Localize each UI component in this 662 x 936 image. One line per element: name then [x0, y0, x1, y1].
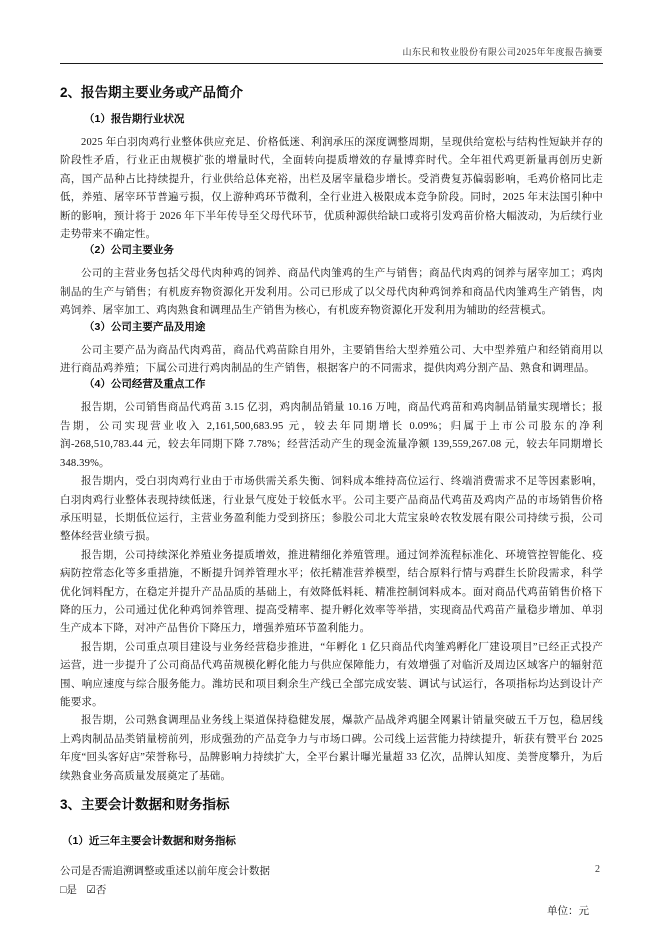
section-2-4-heading: （4）公司经营及重点工作 — [60, 378, 603, 391]
operations-breeding-paragraph: 报告期，公司持续深化养殖业务提质增效，推进精细化养殖管理。通过饲养流程标准化、环… — [60, 547, 603, 639]
section-2-1-heading: （1）报告期行业状况 — [60, 113, 603, 126]
main-business-paragraph: 公司的主营业务包括父母代肉种鸡的饲养、商品代肉雏鸡的生产与销售；商品代肉鸡的饲养… — [60, 265, 603, 320]
section-2-3-heading: （3）公司主要产品及用途 — [60, 321, 603, 334]
section-2-2-heading: （2）公司主要业务 — [60, 244, 603, 257]
section-3-heading: 3、主要会计数据和财务指标 — [60, 796, 603, 813]
page-header: 山东民和牧业股份有限公司2025年年度报告摘要 — [60, 0, 603, 64]
header-title: 山东民和牧业股份有限公司2025年年度报告摘要 — [402, 47, 603, 57]
section-3-1-heading: （1）近三年主要会计数据和财务指标 — [60, 835, 603, 848]
operations-projects-paragraph: 报告期，公司重点项目建设与业务经营稳步推进，“年孵化 1 亿只商品代肉雏鸡孵化厂… — [60, 639, 603, 713]
checkbox-no-option: ☑否 — [86, 885, 106, 896]
products-usage-paragraph: 公司主要产品为商品代肉鸡苗，商品代鸡苗除自用外，主要销售给大型养殖公司、大中型养… — [60, 342, 603, 379]
restatement-question: 公司是否需追溯调整或重述以前年度会计数据 — [60, 865, 603, 878]
operations-sales-paragraph: 报告期，公司销售商品代鸡苗 3.15 亿羽，鸡肉制品销量 10.16 万吨，商品… — [60, 399, 603, 473]
section-2-heading: 2、报告期主要业务或产品简介 — [60, 84, 603, 101]
operations-market-paragraph: 报告期内，受白羽肉鸡行业由于市场供需关系失衡、饲料成本维持高位运行、终端消费需求… — [60, 473, 603, 547]
checkbox-yes-option: □是 — [60, 885, 77, 896]
restatement-options: □是 ☑否 — [60, 884, 603, 897]
industry-status-paragraph: 2025 年白羽肉鸡行业整体供应充足、价格低迷、利润承压的深度调整周期，呈现供给… — [60, 134, 603, 244]
document-content: 2、报告期主要业务或产品简介 （1）报告期行业状况 2025 年白羽肉鸡行业整体… — [60, 84, 603, 918]
report-page: 山东民和牧业股份有限公司2025年年度报告摘要 2、报告期主要业务或产品简介 （… — [0, 0, 662, 936]
page-number: 2 — [595, 864, 600, 875]
unit-label: 单位：元 — [60, 905, 603, 918]
operations-online-paragraph: 报告期，公司熟食调理品业务线上渠道保持稳健发展，爆款产品战斧鸡腿全网累计销量突破… — [60, 712, 603, 786]
